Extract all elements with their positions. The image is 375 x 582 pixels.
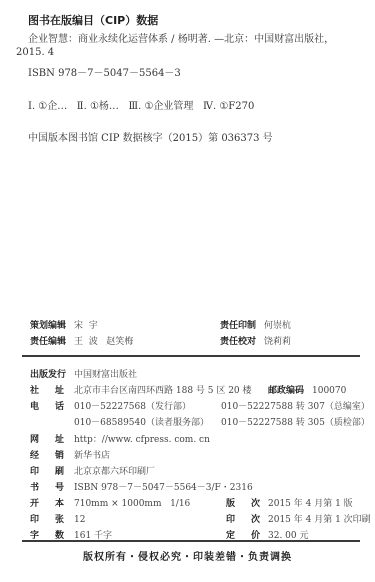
responsible-printing-label: 责任印制 [220, 318, 264, 331]
edition-row: 版次 2015 年 4 月第 1 版 [226, 496, 353, 509]
cip-number: 中国版本图书馆 CIP 数据核字（2015）第 036373 号 [28, 129, 273, 144]
publisher-row: 出版发行 中国财富出版社 [30, 367, 137, 380]
cip-title: 图书在版编目（CIP）数据 [28, 12, 158, 28]
responsible-proofreading-row: 责任校对 饶莉莉 [220, 334, 291, 347]
cip-classification: Ⅰ. ①企… Ⅱ. ①杨… Ⅲ. ①企业管理 Ⅳ. ①F270 [28, 97, 254, 112]
divider-top [22, 355, 360, 357]
sheets-value: 12 [74, 515, 85, 525]
phone-label: 电话 [30, 399, 64, 412]
sheets-label: 印张 [30, 512, 64, 525]
distributor-row: 经销 新华书店 [30, 448, 110, 461]
book-number-row: 书号 ISBN 978－7－5047－5564－3/F・2316 [30, 480, 253, 493]
printer-row: 印刷 北京京都六环印刷厂 [30, 464, 155, 477]
cip-book-info: 企业智慧：商业永续化运营体系 / 杨明著. —北京：中国财富出版社， [28, 30, 334, 45]
phone-row: 电话 010－52227568（发行部） [30, 399, 191, 412]
responsible-proofreading-label: 责任校对 [220, 334, 264, 347]
format-value: 710mm × 1000mm 1/16 [74, 499, 190, 509]
address-label: 社址 [30, 383, 64, 396]
planning-editor-label: 策划编辑 [30, 318, 74, 331]
book-number-label: 书号 [30, 480, 64, 493]
website-value: http：//www. cfpress. com. cn [74, 432, 210, 445]
phone-editorial: 010－52227588 转 307（总编室） [221, 399, 370, 412]
impression-label: 印次 [226, 512, 260, 525]
divider-bottom [22, 540, 360, 542]
distributor-label: 经销 [30, 448, 64, 461]
phone-quality-check: 010－52227588 转 305（质检部） [221, 415, 370, 428]
postal-code-label: 邮政编码 [268, 383, 312, 396]
planning-editor-value: 宋 宇 [74, 318, 98, 331]
cip-isbn: ISBN 978－7－5047－5564－3 [28, 64, 181, 79]
phone-sales: 010－52227568（发行部） [74, 399, 191, 412]
phone-reader-service: 010－68589540（读者服务部） [74, 415, 209, 428]
postal-code-row: 邮政编码 100070 [268, 383, 346, 396]
responsible-editor-row: 责任编辑 王 波 赵笑梅 [30, 334, 133, 347]
responsible-editor-label: 责任编辑 [30, 334, 74, 347]
impression-value: 2015 年 4 月第 1 次印刷 [268, 512, 371, 525]
book-number-value: ISBN 978－7－5047－5564－3/F・2316 [74, 480, 253, 493]
printer-label: 印刷 [30, 464, 64, 477]
responsible-printing-row: 责任印制 何崇杭 [220, 318, 291, 331]
responsible-printing-value: 何崇杭 [264, 318, 291, 331]
postal-code-value: 100070 [312, 386, 346, 396]
impression-row: 印次 2015 年 4 月第 1 次印刷 [226, 512, 371, 525]
distributor-value: 新华书店 [74, 448, 110, 461]
website-label: 网址 [30, 432, 64, 445]
address-value: 北京市丰台区南四环西路 188 号 5 区 20 楼 [74, 383, 252, 396]
format-row: 开本 710mm × 1000mm 1/16 [30, 496, 190, 509]
cip-date: 2015. 4 [16, 47, 54, 58]
address-row: 社址 北京市丰台区南四环西路 188 号 5 区 20 楼 [30, 383, 252, 396]
publisher-label: 出版发行 [30, 367, 74, 380]
edition-label: 版次 [226, 496, 260, 509]
printer-value: 北京京都六环印刷厂 [74, 464, 155, 477]
responsible-proofreading-value: 饶莉莉 [264, 334, 291, 347]
sheets-row: 印张 12 [30, 512, 85, 525]
edition-value: 2015 年 4 月第 1 版 [268, 496, 353, 509]
format-label: 开本 [30, 496, 64, 509]
copyright-notice: 版权所有・侵权必究・印装差错・负责调换 [0, 548, 375, 563]
planning-editor-row: 策划编辑 宋 宇 [30, 318, 98, 331]
responsible-editor-value: 王 波 赵笑梅 [74, 334, 133, 347]
publisher-value: 中国财富出版社 [74, 367, 137, 380]
website-row: 网址 http：//www. cfpress. com. cn [30, 432, 210, 445]
